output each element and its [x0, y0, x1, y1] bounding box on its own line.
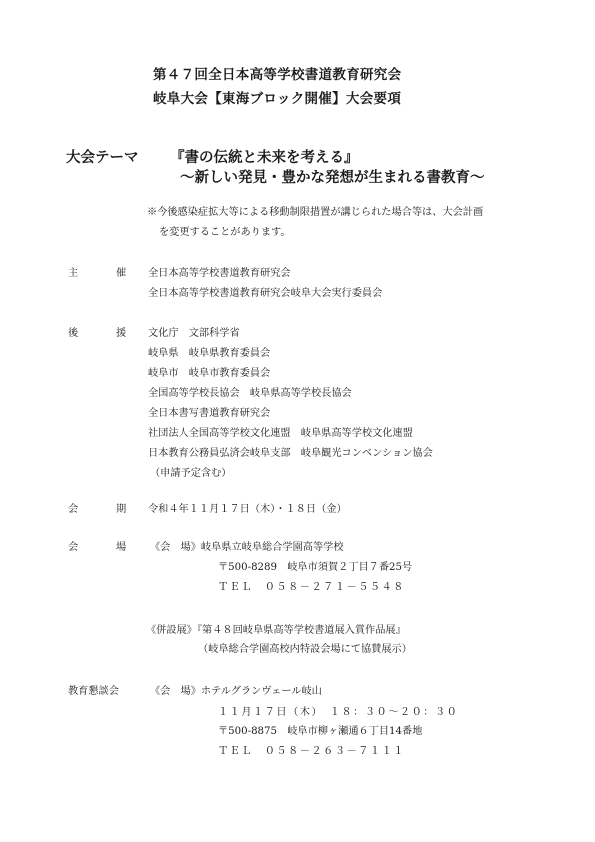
organizers-label-b: 催: [116, 264, 126, 284]
venue-name: 《会 場》岐阜県立岐阜総合学園高等学校: [150, 538, 344, 558]
period-label-a: 会: [68, 500, 78, 520]
reception-name: 《会 場》ホテルグランヴェール岐山: [150, 682, 322, 702]
reception-address: 〒500-8875 岐阜市柳ヶ瀬通６丁目14番地: [218, 722, 422, 742]
supporters-label-b: 援: [116, 324, 126, 344]
reception-time: １１月１７日（木） １８：３０～２０：３０: [218, 703, 458, 723]
supporter-item: 岐阜県 岐阜県教育委員会: [148, 344, 433, 364]
organizer-item: 全日本高等学校書道教育研究会岐阜大会実行委員会: [148, 284, 382, 304]
supporter-item: 全国高等学校長協会 岐阜県高等学校長協会: [148, 384, 433, 404]
venue-label-b: 場: [116, 538, 126, 558]
supporter-item: 岐阜市 岐阜市教育委員会: [148, 364, 433, 384]
supporter-item: （申請予定含む）: [148, 464, 433, 484]
title-line-2: 岐阜大会【東海ブロック開催】大会要項: [153, 87, 401, 107]
venue-address: 〒500-8289 岐阜市須賀２丁目７番25号: [218, 558, 412, 578]
organizers-label-a: 主: [68, 264, 78, 284]
venue-tel: ＴＥＬ ０５８－２７１－５５４８: [218, 578, 405, 598]
notice-line-1: ※今後感染症拡大等による移動制限措置が講じられた場合等は、大会計画: [147, 203, 483, 223]
supporter-item: 全日本書写書道教育研究会: [148, 404, 433, 424]
supporters-list: 文化庁 文部科学省 岐阜県 岐阜県教育委員会 岐阜市 岐阜市教育委員会 全国高等…: [148, 324, 433, 484]
venue-label-a: 会: [68, 538, 78, 558]
period-label-b: 期: [116, 500, 126, 520]
theme-sub: ～新しい発見・豊かな発想が生まれる書教育～: [180, 166, 485, 187]
supporters-label-a: 後: [68, 324, 78, 344]
theme-label: 大会テーマ: [66, 146, 139, 167]
theme-main: 『書の伝統と未来を考える』: [170, 146, 359, 167]
period-value: 令和４年１１月１７日（木）・１８日（金）: [148, 500, 347, 520]
exhibition-line-2: （岐阜総合学園高校内特設会場にて協賛展示）: [198, 640, 412, 660]
reception-label: 教育懇談会: [68, 682, 119, 702]
organizers-list: 全日本高等学校書道教育研究会 全日本高等学校書道教育研究会岐阜大会実行委員会: [148, 264, 382, 304]
title-line-1: 第４７回全日本高等学校書道教育研究会: [153, 63, 401, 83]
notice-line-2: を変更することがあります。: [159, 223, 291, 243]
organizer-item: 全日本高等学校書道教育研究会: [148, 264, 382, 284]
supporter-item: 日本教育公務員弘済会岐阜支部 岐阜観光コンベンション協会: [148, 444, 433, 464]
supporter-item: 社団法人全国高等学校文化連盟 岐阜県高等学校文化連盟: [148, 424, 433, 444]
reception-tel: ＴＥＬ ０５８－２６３－７１１１: [218, 742, 405, 762]
exhibition-line-1: 《併設展》『第４８回岐阜県高等学校書道展入賞作品展』: [146, 621, 406, 641]
supporter-item: 文化庁 文部科学省: [148, 324, 433, 344]
